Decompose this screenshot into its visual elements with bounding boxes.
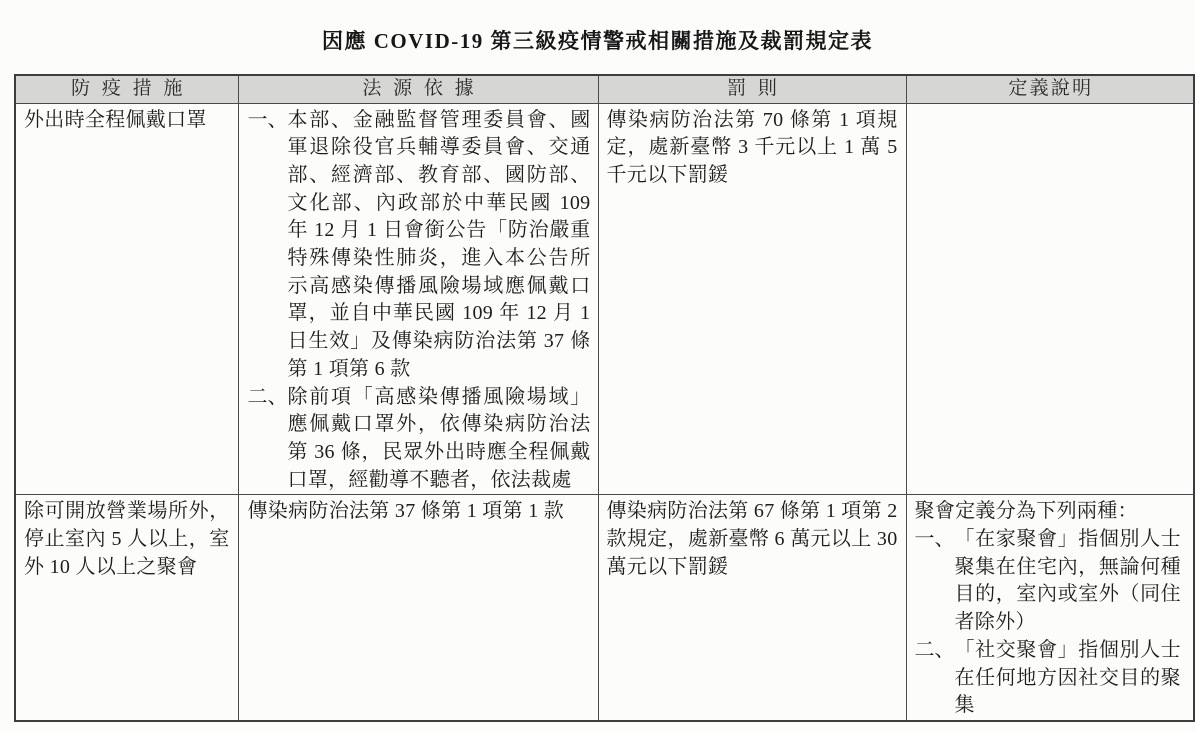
column-header-legal-basis: 法源依據	[238, 75, 598, 103]
cell-penalty-1: 傳染病防治法第 70 條第 1 項規定，處新臺幣 3 千元以上 1 萬 5 千元…	[598, 103, 906, 495]
column-header-definition: 定義說明	[906, 75, 1194, 103]
penalty-text: 傳染病防治法第 70 條第 1 項規定，處新臺幣 3 千元以上 1 萬 5 千元…	[607, 107, 898, 190]
definition-item: 一、 「在家聚會」指個別人士聚集在住宅內，無論何種目的，室內或室外（同住者除外）	[915, 526, 1182, 637]
list-item-number: 一、	[915, 526, 955, 554]
document-page: 因應 COVID-19 第三級疫情警戒相關措施及裁罰規定表 防疫措施 法源依據 …	[0, 0, 1195, 722]
measure-text: 外出時全程佩戴口罩	[24, 107, 230, 135]
cell-definition-2: 聚會定義分為下列兩種： 一、 「在家聚會」指個別人士聚集在住宅內，無論何種目的，…	[906, 495, 1194, 721]
table-row-gathering-ban: 除可開放營業場所外，停止室內 5 人以上，室外 10 人以上之聚會 傳染病防治法…	[15, 495, 1194, 721]
covid-measures-table: 防疫措施 法源依據 罰則 定義說明 外出時全程佩戴口罩 一、 本部、金融監督管理…	[14, 74, 1195, 722]
legal-basis-item: 一、 本部、金融監督管理委員會、國軍退除役官兵輔導委員會、交通部、經濟部、教育部…	[248, 107, 591, 384]
measure-text: 除可開放營業場所外，停止室內 5 人以上，室外 10 人以上之聚會	[24, 498, 230, 581]
list-item-number: 一、	[248, 107, 288, 135]
cell-measure-1: 外出時全程佩戴口罩	[15, 103, 238, 495]
list-item-text: 「社交聚會」指個別人士在任何地方因社交目的聚集	[955, 637, 1182, 720]
list-item-number: 二、	[915, 637, 955, 665]
penalty-text: 傳染病防治法第 67 條第 1 項第 2 款規定，處新臺幣 6 萬元以上 30 …	[607, 498, 898, 581]
table-header-row: 防疫措施 法源依據 罰則 定義說明	[15, 75, 1194, 103]
list-item-text: 本部、金融監督管理委員會、國軍退除役官兵輔導委員會、交通部、經濟部、教育部、國防…	[288, 107, 591, 384]
legal-basis-item: 二、 除前項「高感染傳播風險場域」應佩戴口罩外，依傳染病防治法第 36 條，民眾…	[248, 384, 591, 495]
column-header-measure: 防疫措施	[15, 75, 238, 103]
cell-legal-basis-2: 傳染病防治法第 37 條第 1 項第 1 款	[238, 495, 598, 721]
page-title: 因應 COVID-19 第三級疫情警戒相關措施及裁罰規定表	[0, 0, 1195, 55]
list-item-text: 除前項「高感染傳播風險場域」應佩戴口罩外，依傳染病防治法第 36 條，民眾外出時…	[288, 384, 591, 495]
column-header-penalty: 罰則	[598, 75, 906, 103]
cell-penalty-2: 傳染病防治法第 67 條第 1 項第 2 款規定，處新臺幣 6 萬元以上 30 …	[598, 495, 906, 721]
legal-basis-text: 傳染病防治法第 37 條第 1 項第 1 款	[248, 498, 591, 526]
cell-definition-1	[906, 103, 1194, 495]
cell-legal-basis-1: 一、 本部、金融監督管理委員會、國軍退除役官兵輔導委員會、交通部、經濟部、教育部…	[238, 103, 598, 495]
list-item-number: 二、	[248, 384, 288, 412]
list-item-text: 「在家聚會」指個別人士聚集在住宅內，無論何種目的，室內或室外（同住者除外）	[955, 526, 1182, 637]
definition-item: 二、 「社交聚會」指個別人士在任何地方因社交目的聚集	[915, 637, 1182, 720]
definition-intro-text: 聚會定義分為下列兩種：	[915, 498, 1182, 526]
table-row-mask-mandate: 外出時全程佩戴口罩 一、 本部、金融監督管理委員會、國軍退除役官兵輔導委員會、交…	[15, 103, 1194, 495]
cell-measure-2: 除可開放營業場所外，停止室內 5 人以上，室外 10 人以上之聚會	[15, 495, 238, 721]
